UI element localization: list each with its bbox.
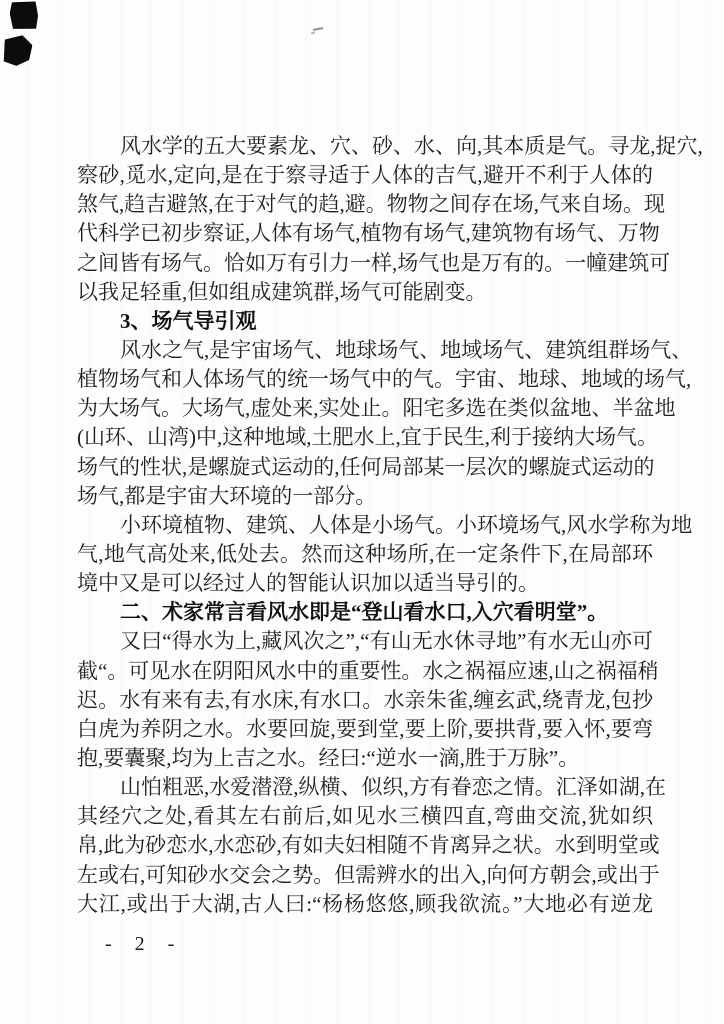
text-line: 大江,或出于大湖,古人曰:“杨杨悠悠,顾我欲流。”大地必有逆龙 [77, 890, 653, 919]
text-line: 帛,此为砂恋水,水恋砂,有如夫妇相随不肯离异之状。水到明堂或 [77, 831, 653, 860]
text-line: 察砂,觅水,定向,是在于察寻适于人体的吉气,避开不利于人体的 [77, 161, 653, 190]
scan-artifact-corner-bottom [3, 34, 33, 67]
text-line: 场气,都是宇宙大环境的一部分。 [77, 482, 653, 511]
scanned-book-page: { "page": { "number_label": "- 2 -" }, "… [0, 0, 724, 1024]
text-line: 植物场气和人体场气的统一场气中的气。宇宙、地球、地域的场气, [77, 365, 653, 394]
text-line: 又曰“得水为上,藏风次之”,“有山无水休寻地”有水无山亦可 [77, 627, 653, 656]
text-line: 之间皆有场气。恰如万有引力一样,场气也是万有的。一幢建筑可 [77, 249, 653, 278]
text-line: 风水学的五大要素龙、穴、砂、水、向,其本质是气。寻龙,捉穴, [77, 132, 653, 161]
text-line: 以我足轻重,但如组成建筑群,场气可能剧变。 [77, 278, 653, 307]
text-line: 风水之气,是宇宙场气、地球场气、地域场气、建筑组群场气、 [77, 336, 653, 365]
text-line: 场气的性状,是螺旋式运动的,任何局部某一层次的螺旋式运动的 [77, 453, 653, 482]
section-heading-2: 二、术家常言看风水即是“登山看水口,入穴看明堂”。 [77, 598, 653, 627]
text-line: 小环境植物、建筑、人体是小场气。小环境场气,风水学称为地 [77, 511, 653, 540]
text-line: 代科学已初步察证,人体有场气,植物有场气,建筑物有场气、万物 [77, 219, 653, 248]
text-line: 为大场气。大场气,虚处来,实处止。阳宅多选在类似盆地、半盆地 [77, 394, 653, 423]
scan-artifact-smudge [311, 26, 324, 34]
text-line: 白虎为养阴之水。水要回旋,要到堂,要上阶,要拱背,要入怀,要弯 [77, 715, 653, 744]
scan-artifact-corner-top [9, 0, 40, 31]
section-heading-3: 3、场气导引观 [77, 307, 653, 336]
text-line: 抱,要囊聚,均为上吉之水。经曰:“逆水一滴,胜于万脉”。 [77, 744, 653, 773]
text-line: 左或右,可知砂水交会之势。但需辨水的出入,向何方朝会,或出于 [77, 861, 653, 890]
text-line: 气,地气高处来,低处去。然而这种场所,在一定条件下,在局部环 [77, 540, 653, 569]
text-line: 其经穴之处,看其左右前后,如见水三横四直,弯曲交流,犹如织 [77, 802, 653, 831]
text-line: 迟。水有来有去,有水床,有水口。水亲朱雀,缠玄武,绕青龙,包抄 [77, 686, 653, 715]
text-line: 山怕粗恶,水爱潜澄,纵横、似织,方有眷恋之情。汇泽如湖,在 [77, 773, 653, 802]
text-line: (山环、山湾)中,这种地域,土肥水上,宜于民生,利于接纳大场气。 [77, 423, 653, 452]
text-line: 境中又是可以经过人的智能认识加以适当导引的。 [77, 569, 653, 598]
text-line: 煞气,趋吉避煞,在于对气的趋,避。物物之间存在场,气来自场。现 [77, 190, 653, 219]
text-block: 风水学的五大要素龙、穴、砂、水、向,其本质是气。寻龙,捉穴, 察砂,觅水,定向,… [77, 132, 653, 919]
text-line: 截“。可见水在阴阳风水中的重要性。水之祸福应速,山之祸福稍 [77, 657, 653, 686]
page-number: - 2 - [105, 933, 183, 956]
